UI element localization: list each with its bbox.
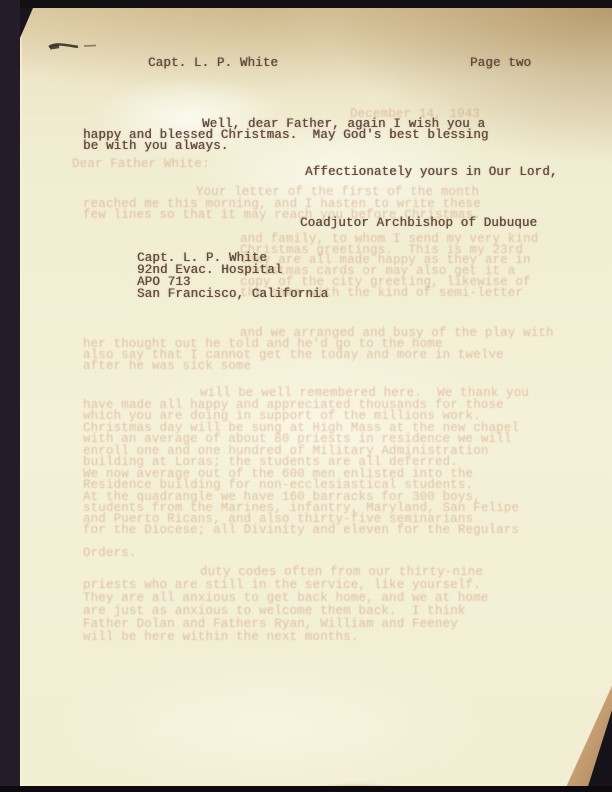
scan-edge-top xyxy=(0,0,612,8)
pencil-smudge-mark xyxy=(48,39,100,51)
scan-edge-left xyxy=(0,0,20,792)
scan-edge-bottom xyxy=(0,786,612,792)
scanned-letter-page: December 14, 1943Dear Father White:Your … xyxy=(0,0,612,792)
paper-sheet xyxy=(20,8,612,786)
